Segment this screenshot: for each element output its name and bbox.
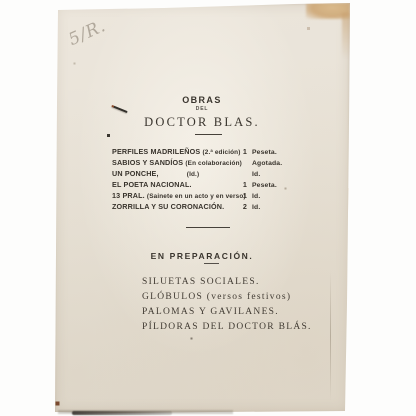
handwritten-pencil-mark: 5/R. <box>66 16 110 50</box>
in-preparation-list: SILUETAS SOCIALES. GLÓBULOS (versos fest… <box>142 275 312 335</box>
work-price: Id. <box>247 169 296 180</box>
work-row: 13 PRAL. (Sainete en un acto y en verso)… <box>112 190 296 201</box>
work-price: Id. <box>247 202 296 213</box>
paper-specks <box>54 3 55 4</box>
work-qty: 1 <box>237 179 247 190</box>
work-row: EL POETA NACIONAL. 1 Peseta. <box>112 179 296 190</box>
page-bottom-shadow <box>72 411 172 415</box>
series-connector: DEL <box>54 106 350 112</box>
work-qty: 2 <box>237 201 247 212</box>
work-title: EL POETA NACIONAL. <box>112 180 192 189</box>
work-row: ZORRILLA Y SU CORONACIÓN. 2 Id. <box>112 201 296 212</box>
paper-stain-streak <box>342 13 350 59</box>
preparation-item: GLÓBULOS (versos festivos) <box>142 290 312 305</box>
work-price: Peseta. <box>247 147 296 158</box>
works-price-list: PERFILES MADRILEÑOS (2.ª edición) 1 Pese… <box>112 146 296 212</box>
work-qty: 1 <box>237 190 247 201</box>
work-title: PERFILES MADRILEÑOS <box>112 147 200 156</box>
page-edge-browning <box>348 188 350 414</box>
work-note: (Id.) <box>187 171 199 178</box>
work-row: SABIOS Y SANDÍOS (En colaboración) Agota… <box>112 157 296 168</box>
preparation-item: PALOMAS Y GAVILANES. <box>142 305 312 320</box>
book-page: 5/R. OBRAS DEL DOCTOR BLAS. PERFILES MAD… <box>54 3 350 413</box>
scan-canvas: 5/R. OBRAS DEL DOCTOR BLAS. PERFILES MAD… <box>0 0 416 416</box>
work-note: (Sainete en un acto y en verso) <box>147 193 246 200</box>
work-note: (2.ª edición) <box>202 149 240 156</box>
work-note: (En colaboración) <box>185 160 242 167</box>
preparation-item: SILUETAS SOCIALES. <box>142 275 312 290</box>
author-name: DOCTOR BLAS. <box>54 115 350 130</box>
divider-rule-section <box>186 227 230 228</box>
heading-underline <box>204 263 219 264</box>
divider-rule-header <box>195 134 222 135</box>
work-title: ZORRILLA Y SU CORONACIÓN. <box>112 202 224 211</box>
work-price: Id. <box>247 191 296 202</box>
work-title: UN PONCHE, <box>112 169 159 178</box>
work-row: PERFILES MADRILEÑOS (2.ª edición) 1 Pese… <box>112 146 296 157</box>
work-price: Peseta. <box>247 180 296 191</box>
series-title: OBRAS <box>54 95 350 105</box>
work-qty: 1 <box>237 146 247 157</box>
work-title: 13 PRAL. <box>112 191 145 200</box>
in-preparation-heading: EN PREPARACIÓN. <box>54 251 350 261</box>
work-price: Agotada. <box>247 158 296 169</box>
underpage-edge-line <box>330 271 331 401</box>
work-row: UN PONCHE, (Id.) Id. <box>112 168 296 179</box>
preparation-item: PÍLDORAS DEL DOCTOR BLÁS. <box>142 320 312 335</box>
work-title: SABIOS Y SANDÍOS <box>112 158 183 167</box>
